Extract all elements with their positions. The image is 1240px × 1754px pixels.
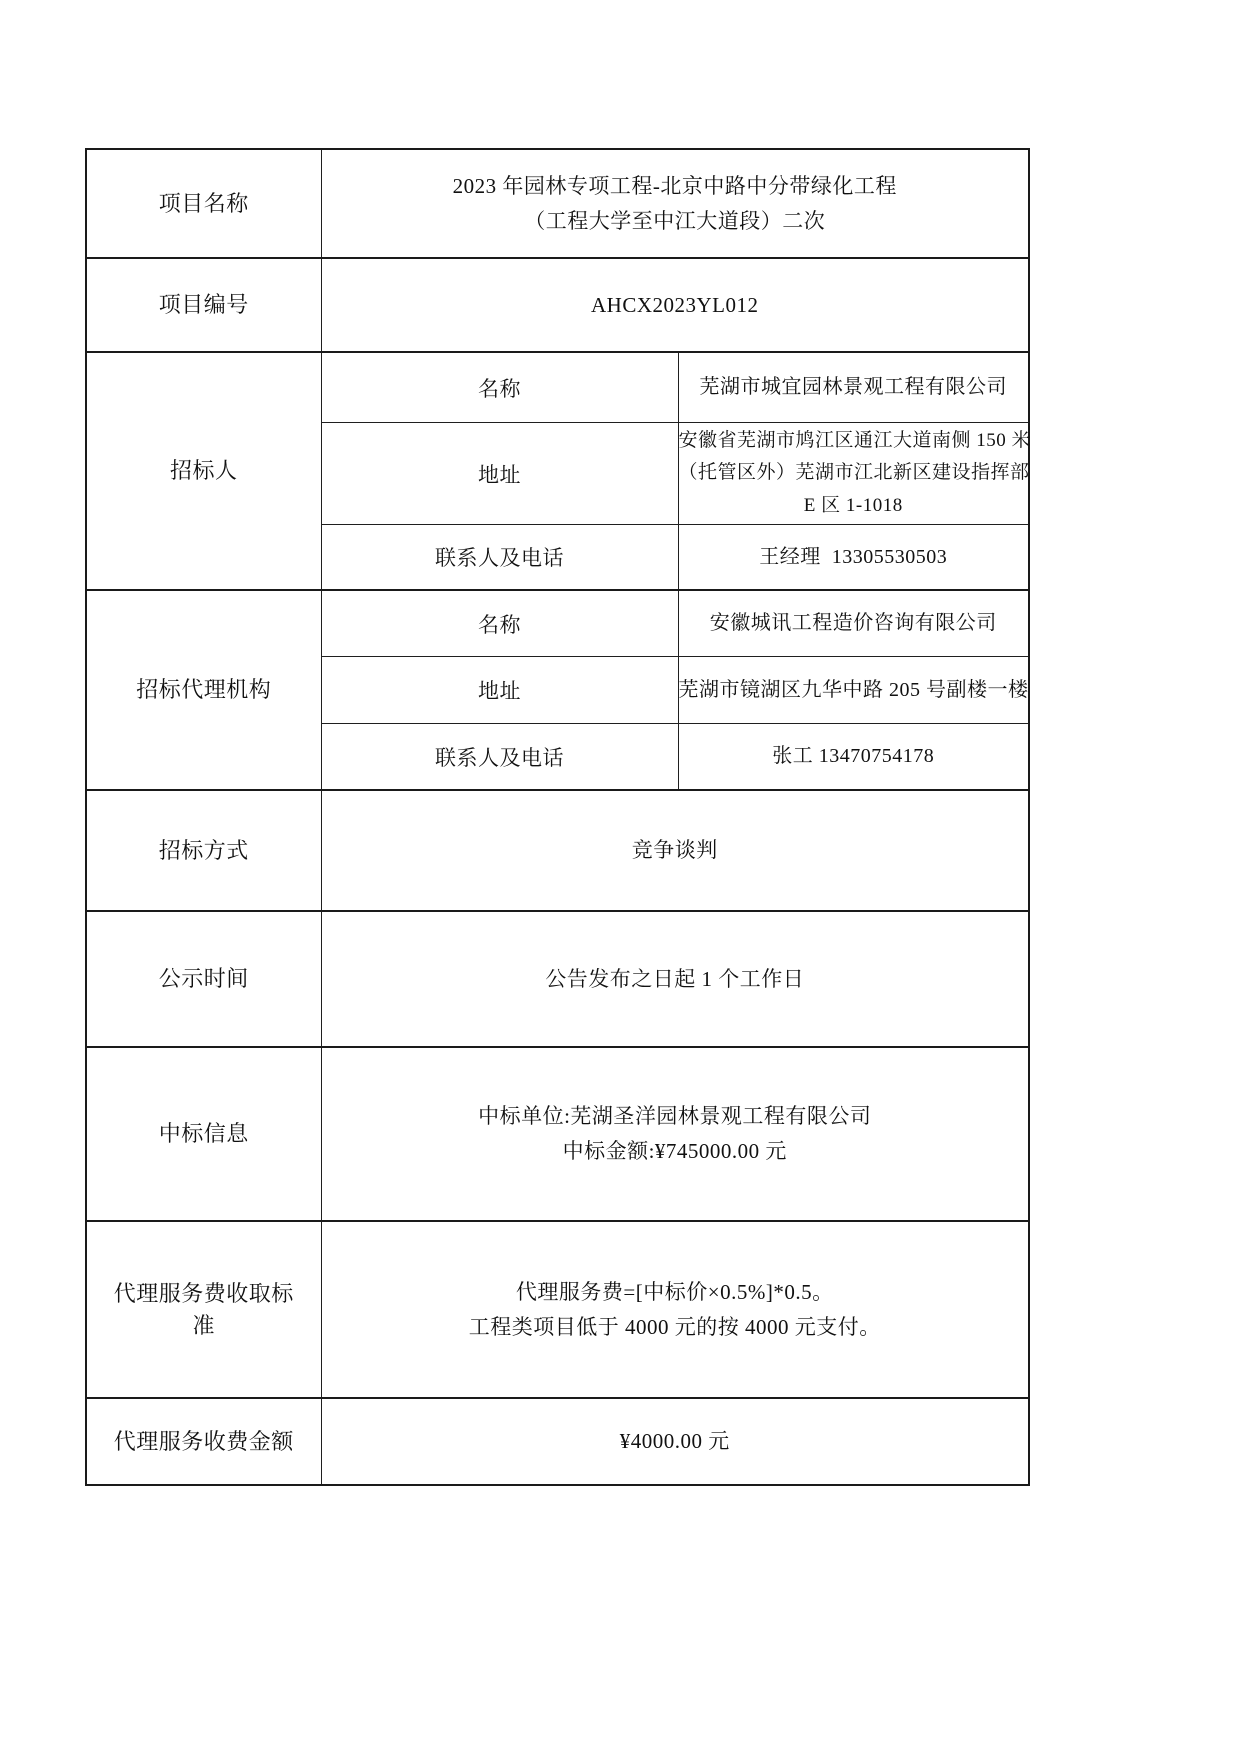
agency-contact-value: 张工 13470754178 — [678, 724, 1029, 791]
project-name-value: 2023 年园林专项工程-北京中路中分带绿化工程 （工程大学至中江大道段）二次 — [321, 149, 1029, 258]
tenderer-address-label: 地址 — [321, 423, 678, 525]
row-label-agency: 招标代理机构 — [86, 590, 321, 790]
tenderer-address-line-3: E 区 1-1018 — [679, 490, 1029, 522]
agency-fee-formula-text: 代理服务费=[中标价×0.5%]*0.5。 — [322, 1275, 1029, 1310]
row-label-tenderer: 招标人 — [86, 352, 321, 590]
tenderer-address-line-1: 安徽省芜湖市鸠江区通江大道南侧 150 米 — [679, 425, 1029, 457]
award-winner-text: 中标单位:芜湖圣洋园林景观工程有限公司 — [322, 1099, 1029, 1134]
agency-contact-text: 张工 13470754178 — [679, 740, 1029, 773]
tenderer-contact-text: 王经理 13305530503 — [679, 541, 1029, 574]
agency-address-label: 地址 — [321, 657, 678, 724]
award-amount-text: 中标金额:¥745000.00 元 — [322, 1134, 1029, 1169]
agency-name-value: 安徽城讯工程造价咨询有限公司 — [678, 590, 1029, 657]
project-number-text: AHCX2023YL012 — [322, 288, 1029, 323]
row-label-agency-fee-amount: 代理服务收费金额 — [86, 1398, 321, 1485]
tenderer-name-text: 芜湖市城宜园林景观工程有限公司 — [679, 371, 1029, 404]
agency-address-value: 芜湖市镜湖区九华中路 205 号副楼一楼 — [678, 657, 1029, 724]
project-name-line-2: （工程大学至中江大道段）二次 — [322, 204, 1029, 239]
agency-name-text: 安徽城讯工程造价咨询有限公司 — [679, 607, 1029, 640]
agency-name-label: 名称 — [321, 590, 678, 657]
award-info-value: 中标单位:芜湖圣洋园林景观工程有限公司 中标金额:¥745000.00 元 — [321, 1047, 1029, 1221]
row-label-project-number: 项目编号 — [86, 258, 321, 352]
document-page: 项目名称 2023 年园林专项工程-北京中路中分带绿化工程 （工程大学至中江大道… — [0, 0, 1240, 1754]
project-name-line-1: 2023 年园林专项工程-北京中路中分带绿化工程 — [322, 169, 1029, 204]
publicity-period-value: 公告发布之日起 1 个工作日 — [321, 911, 1029, 1047]
row-label-publicity-period: 公示时间 — [86, 911, 321, 1047]
agency-contact-label: 联系人及电话 — [321, 724, 678, 791]
agency-fee-amount-value: ¥4000.00 元 — [321, 1398, 1029, 1485]
tenderer-name-label: 名称 — [321, 352, 678, 423]
row-label-award-info: 中标信息 — [86, 1047, 321, 1221]
tenderer-contact-label: 联系人及电话 — [321, 525, 678, 591]
agency-fee-amount-text: ¥4000.00 元 — [322, 1424, 1029, 1459]
agency-fee-standard-value: 代理服务费=[中标价×0.5%]*0.5。 工程类项目低于 4000 元的按 4… — [321, 1221, 1029, 1398]
tenderer-contact-value: 王经理 13305530503 — [678, 525, 1029, 591]
tender-announcement-table: 项目名称 2023 年园林专项工程-北京中路中分带绿化工程 （工程大学至中江大道… — [85, 148, 1030, 1486]
tenderer-address-line-2: （托管区外）芜湖市江北新区建设指挥部 — [679, 457, 1029, 489]
tenderer-name-value: 芜湖市城宜园林景观工程有限公司 — [678, 352, 1029, 423]
row-label-agency-fee-standard: 代理服务费收取标准 — [86, 1221, 321, 1398]
row-label-bid-method: 招标方式 — [86, 790, 321, 911]
agency-fee-minimum-text: 工程类项目低于 4000 元的按 4000 元支付。 — [322, 1310, 1029, 1345]
agency-address-text: 芜湖市镜湖区九华中路 205 号副楼一楼 — [679, 674, 1029, 707]
publicity-period-text: 公告发布之日起 1 个工作日 — [322, 962, 1029, 997]
tenderer-address-value: 安徽省芜湖市鸠江区通江大道南侧 150 米 （托管区外）芜湖市江北新区建设指挥部… — [678, 423, 1029, 525]
bid-method-value: 竞争谈判 — [321, 790, 1029, 911]
bid-method-text: 竞争谈判 — [322, 833, 1029, 868]
project-number-value: AHCX2023YL012 — [321, 258, 1029, 352]
row-label-project-name: 项目名称 — [86, 149, 321, 258]
